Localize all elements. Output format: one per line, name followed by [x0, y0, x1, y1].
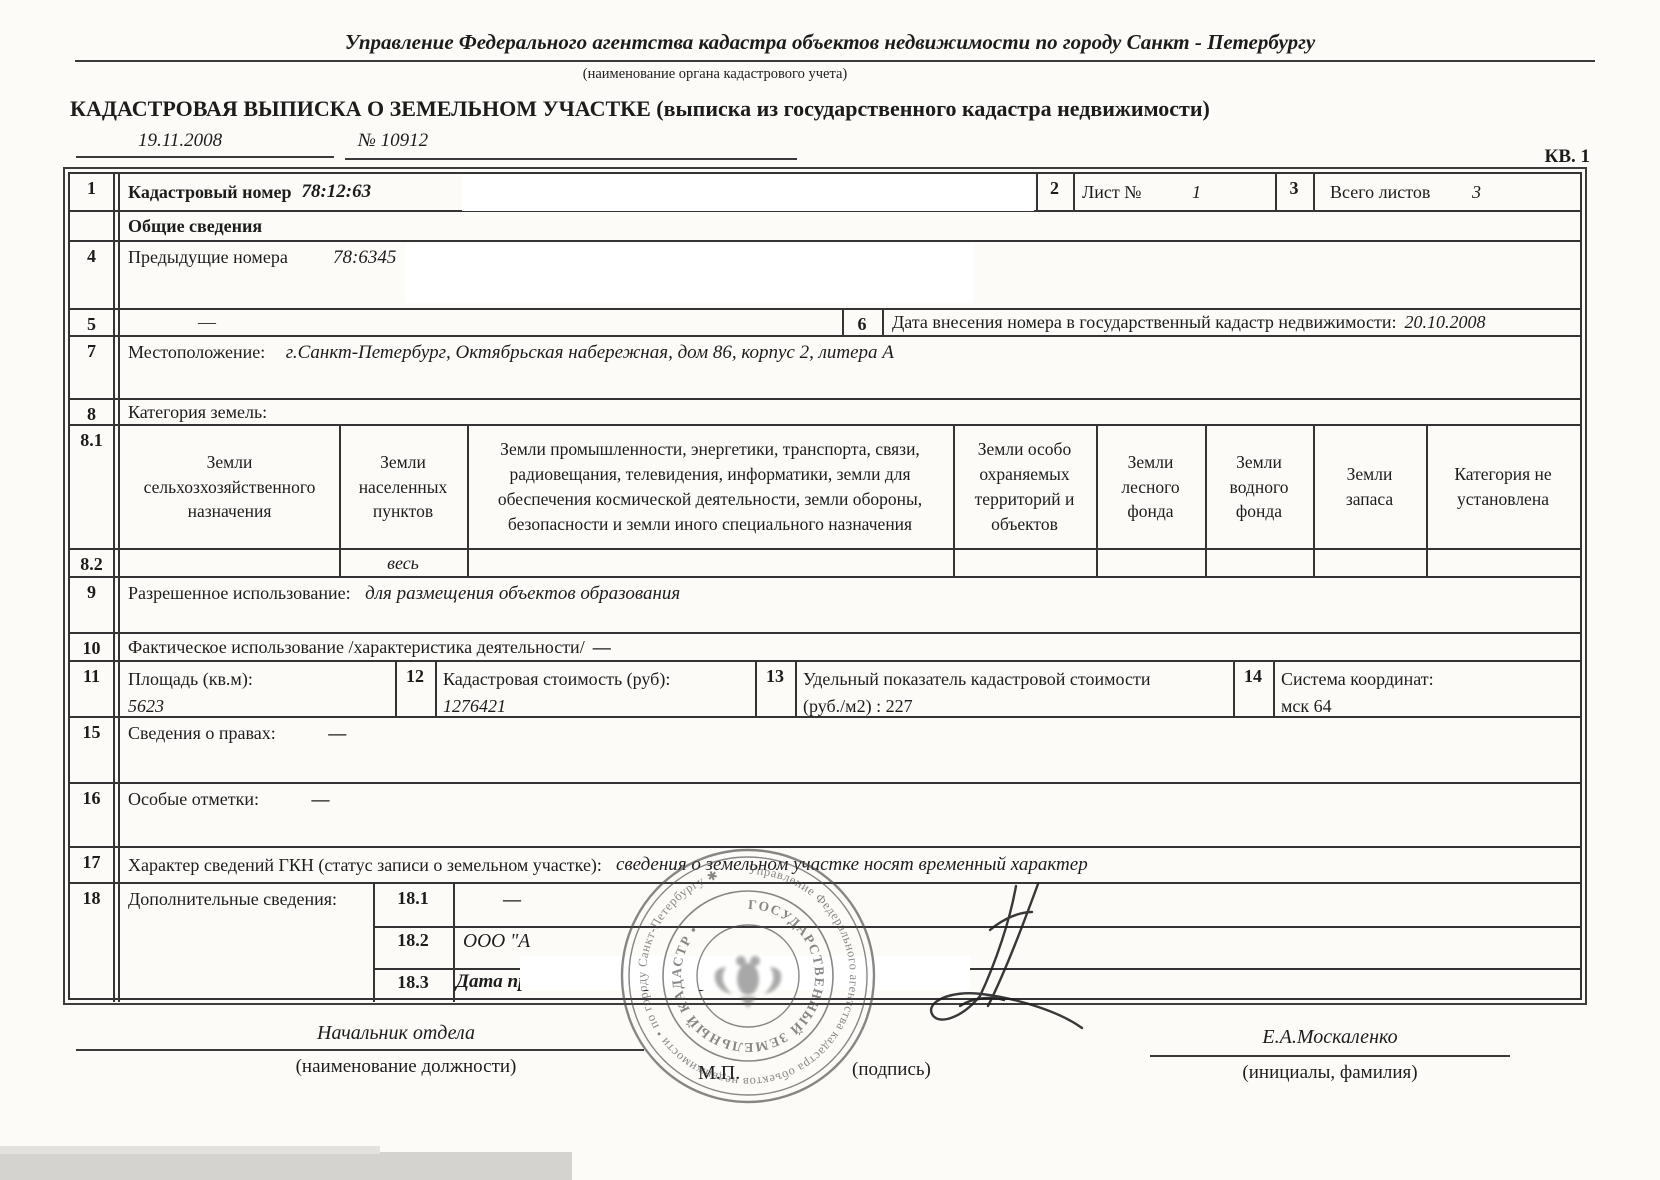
category-col-agricultural: Земли сельхозхозяйственного назначения: [120, 426, 339, 548]
date-underline: [76, 156, 334, 158]
category-col-reserve: Земли запаса: [1313, 426, 1426, 548]
row-number: 3: [1275, 174, 1313, 210]
agency-caption: (наименование органа кадастрового учета): [0, 66, 1430, 83]
cadastral-cost-label: Кадастровая стоимость (руб):: [443, 666, 763, 693]
position-underline: [76, 1049, 644, 1051]
scan-edge-artifact: [0, 1152, 572, 1180]
actual-use-label: Фактическое использование /характеристик…: [128, 637, 585, 658]
row-number: 8: [70, 400, 115, 424]
additional-info-label: Дополнительные сведения:: [128, 884, 337, 910]
coord-system-label: Система координат:: [1281, 666, 1572, 693]
table-row-location: 7 Местоположение: г.Санкт-Петербург, Окт…: [70, 337, 1580, 400]
handwritten-signature: [920, 878, 1105, 1043]
sub-row-number: 18.3: [373, 968, 453, 1002]
sheet-value: 1: [1192, 174, 1201, 210]
permitted-use-label: Разрешенное использование:: [128, 583, 351, 603]
table-row-entry-date: 5 — 6 Дата внесения номера в государстве…: [70, 310, 1580, 337]
scanned-cadastral-document: Управление Федерального агентства кадаст…: [0, 0, 1660, 1180]
sheet-label: Лист №: [1082, 174, 1141, 210]
location-label: Местоположение:: [128, 342, 265, 362]
specific-cost-value: 227: [886, 696, 913, 716]
row-number: 2: [1036, 174, 1073, 210]
row-number: 8.2: [70, 550, 115, 576]
cadastral-cost-value: 1276421: [443, 693, 763, 720]
redaction-area: [462, 175, 1034, 211]
document-number: № 10912: [358, 130, 428, 152]
row-number: 5: [70, 310, 115, 335]
row-number: 13: [755, 662, 795, 716]
document-title: КАДАСТРОВАЯ ВЫПИСКА О ЗЕМЕЛЬНОМ УЧАСТКЕ …: [70, 96, 1530, 122]
row-number: 9: [70, 578, 115, 632]
entry-date-value: 20.10.2008: [1404, 312, 1485, 333]
gkn-status-label: Характер сведений ГКН (статус записи о з…: [128, 855, 602, 876]
form-kv-label: КВ. 1: [1500, 146, 1590, 168]
row-number: 1: [70, 174, 115, 210]
previous-numbers-value: 78:6345: [333, 242, 396, 269]
category-col-settlements: Земли населенных пунктов: [339, 426, 467, 548]
row-number: 16: [70, 784, 115, 846]
special-notes-label: Особые отметки:: [128, 789, 259, 809]
special-notes-value: —: [311, 789, 329, 809]
agency-name: Управление Федерального агентства кадаст…: [0, 30, 1660, 55]
rights-value: —: [328, 723, 346, 743]
table-row-actual-use: 10 Фактическое использование /характерис…: [70, 634, 1580, 662]
actual-use-value: —: [593, 637, 611, 658]
sub-row-number: 18.2: [373, 926, 453, 968]
name-underline: [1150, 1055, 1510, 1057]
category-col-industry: Земли промышленности, энергетики, трансп…: [467, 426, 953, 548]
category-col-forest: Земли лесного фонда: [1096, 426, 1205, 548]
table-row-category-values: 8.2 весь: [70, 550, 1580, 578]
row-number: 18: [70, 884, 115, 1002]
land-category-label: Категория земель:: [128, 400, 267, 424]
table-row-land-category: 8 Категория земель:: [70, 400, 1580, 426]
category-col-protected: Земли особо охраняемых территорий и объе…: [953, 426, 1096, 548]
number-underline: [345, 158, 797, 160]
table-row-category-headers: 8.1 Земли сельхозхозяйственного назначен…: [70, 426, 1580, 550]
area-label: Площадь (кв.м):: [128, 666, 403, 693]
additional-sub2-value: ООО "А: [463, 926, 530, 953]
row-number: 11: [70, 662, 115, 716]
permitted-use-value: для размещения объектов образования: [365, 583, 680, 604]
stamp-eagle-emblem: [715, 956, 782, 1008]
row-number: 4: [70, 242, 115, 308]
row-number: 14: [1233, 662, 1273, 716]
row-number: 10: [70, 634, 115, 660]
entry-date-label: Дата внесения номера в государственный к…: [892, 312, 1396, 333]
area-value: 5623: [128, 693, 403, 720]
category-col-not-set: Категория не установлена: [1426, 426, 1580, 548]
table-row-rights: 15 Сведения о правах: —: [70, 718, 1580, 784]
table-row-general: Общие сведения: [70, 212, 1580, 242]
row5-dash: —: [198, 310, 216, 335]
additional-sub1-value: —: [503, 884, 521, 910]
document-date: 19.11.2008: [138, 130, 222, 152]
total-sheets-value: 3: [1472, 174, 1481, 210]
previous-numbers-label: Предыдущие номера: [128, 242, 288, 268]
scan-edge-artifact: [0, 1146, 380, 1154]
official-round-stamp: Управление Федерального агентства кадаст…: [617, 845, 879, 1107]
redaction-area: [405, 243, 973, 303]
location-value: г.Санкт-Петербург, Октябрьская набережна…: [286, 342, 894, 363]
row-number: 17: [70, 848, 115, 882]
sub-row-number: 18.1: [373, 884, 453, 926]
category-value-settlements: весь: [339, 550, 467, 576]
row-number: 8.1: [70, 426, 115, 548]
rights-label: Сведения о правах:: [128, 723, 276, 743]
cadastral-number-value: 78:12:63: [301, 181, 371, 203]
row-number: 7: [70, 337, 115, 398]
row-number: 6: [842, 310, 882, 335]
table-row-special-notes: 16 Особые отметки: —: [70, 784, 1580, 848]
general-section-title: Общие сведения: [128, 212, 262, 240]
cadastral-number-label: Кадастровый номер: [128, 182, 291, 203]
specific-cost-label: Удельный показатель кадастровой стоимост…: [803, 669, 1150, 716]
table-row-permitted-use: 9 Разрешенное использование: для размеще…: [70, 578, 1580, 634]
row-number: 15: [70, 718, 115, 782]
signer-name: Е.А.Москаленко: [1130, 1026, 1530, 1049]
name-caption: (инициалы, фамилия): [1130, 1062, 1530, 1084]
agency-underline: [75, 60, 1595, 62]
total-sheets-label: Всего листов: [1330, 174, 1430, 210]
category-col-water: Земли водного фонда: [1205, 426, 1313, 548]
row-number: 12: [395, 662, 435, 716]
coord-system-value: мск 64: [1281, 693, 1572, 720]
table-row-area-cost: 11 Площадь (кв.м): 5623 12 Кадастровая с…: [70, 662, 1580, 718]
